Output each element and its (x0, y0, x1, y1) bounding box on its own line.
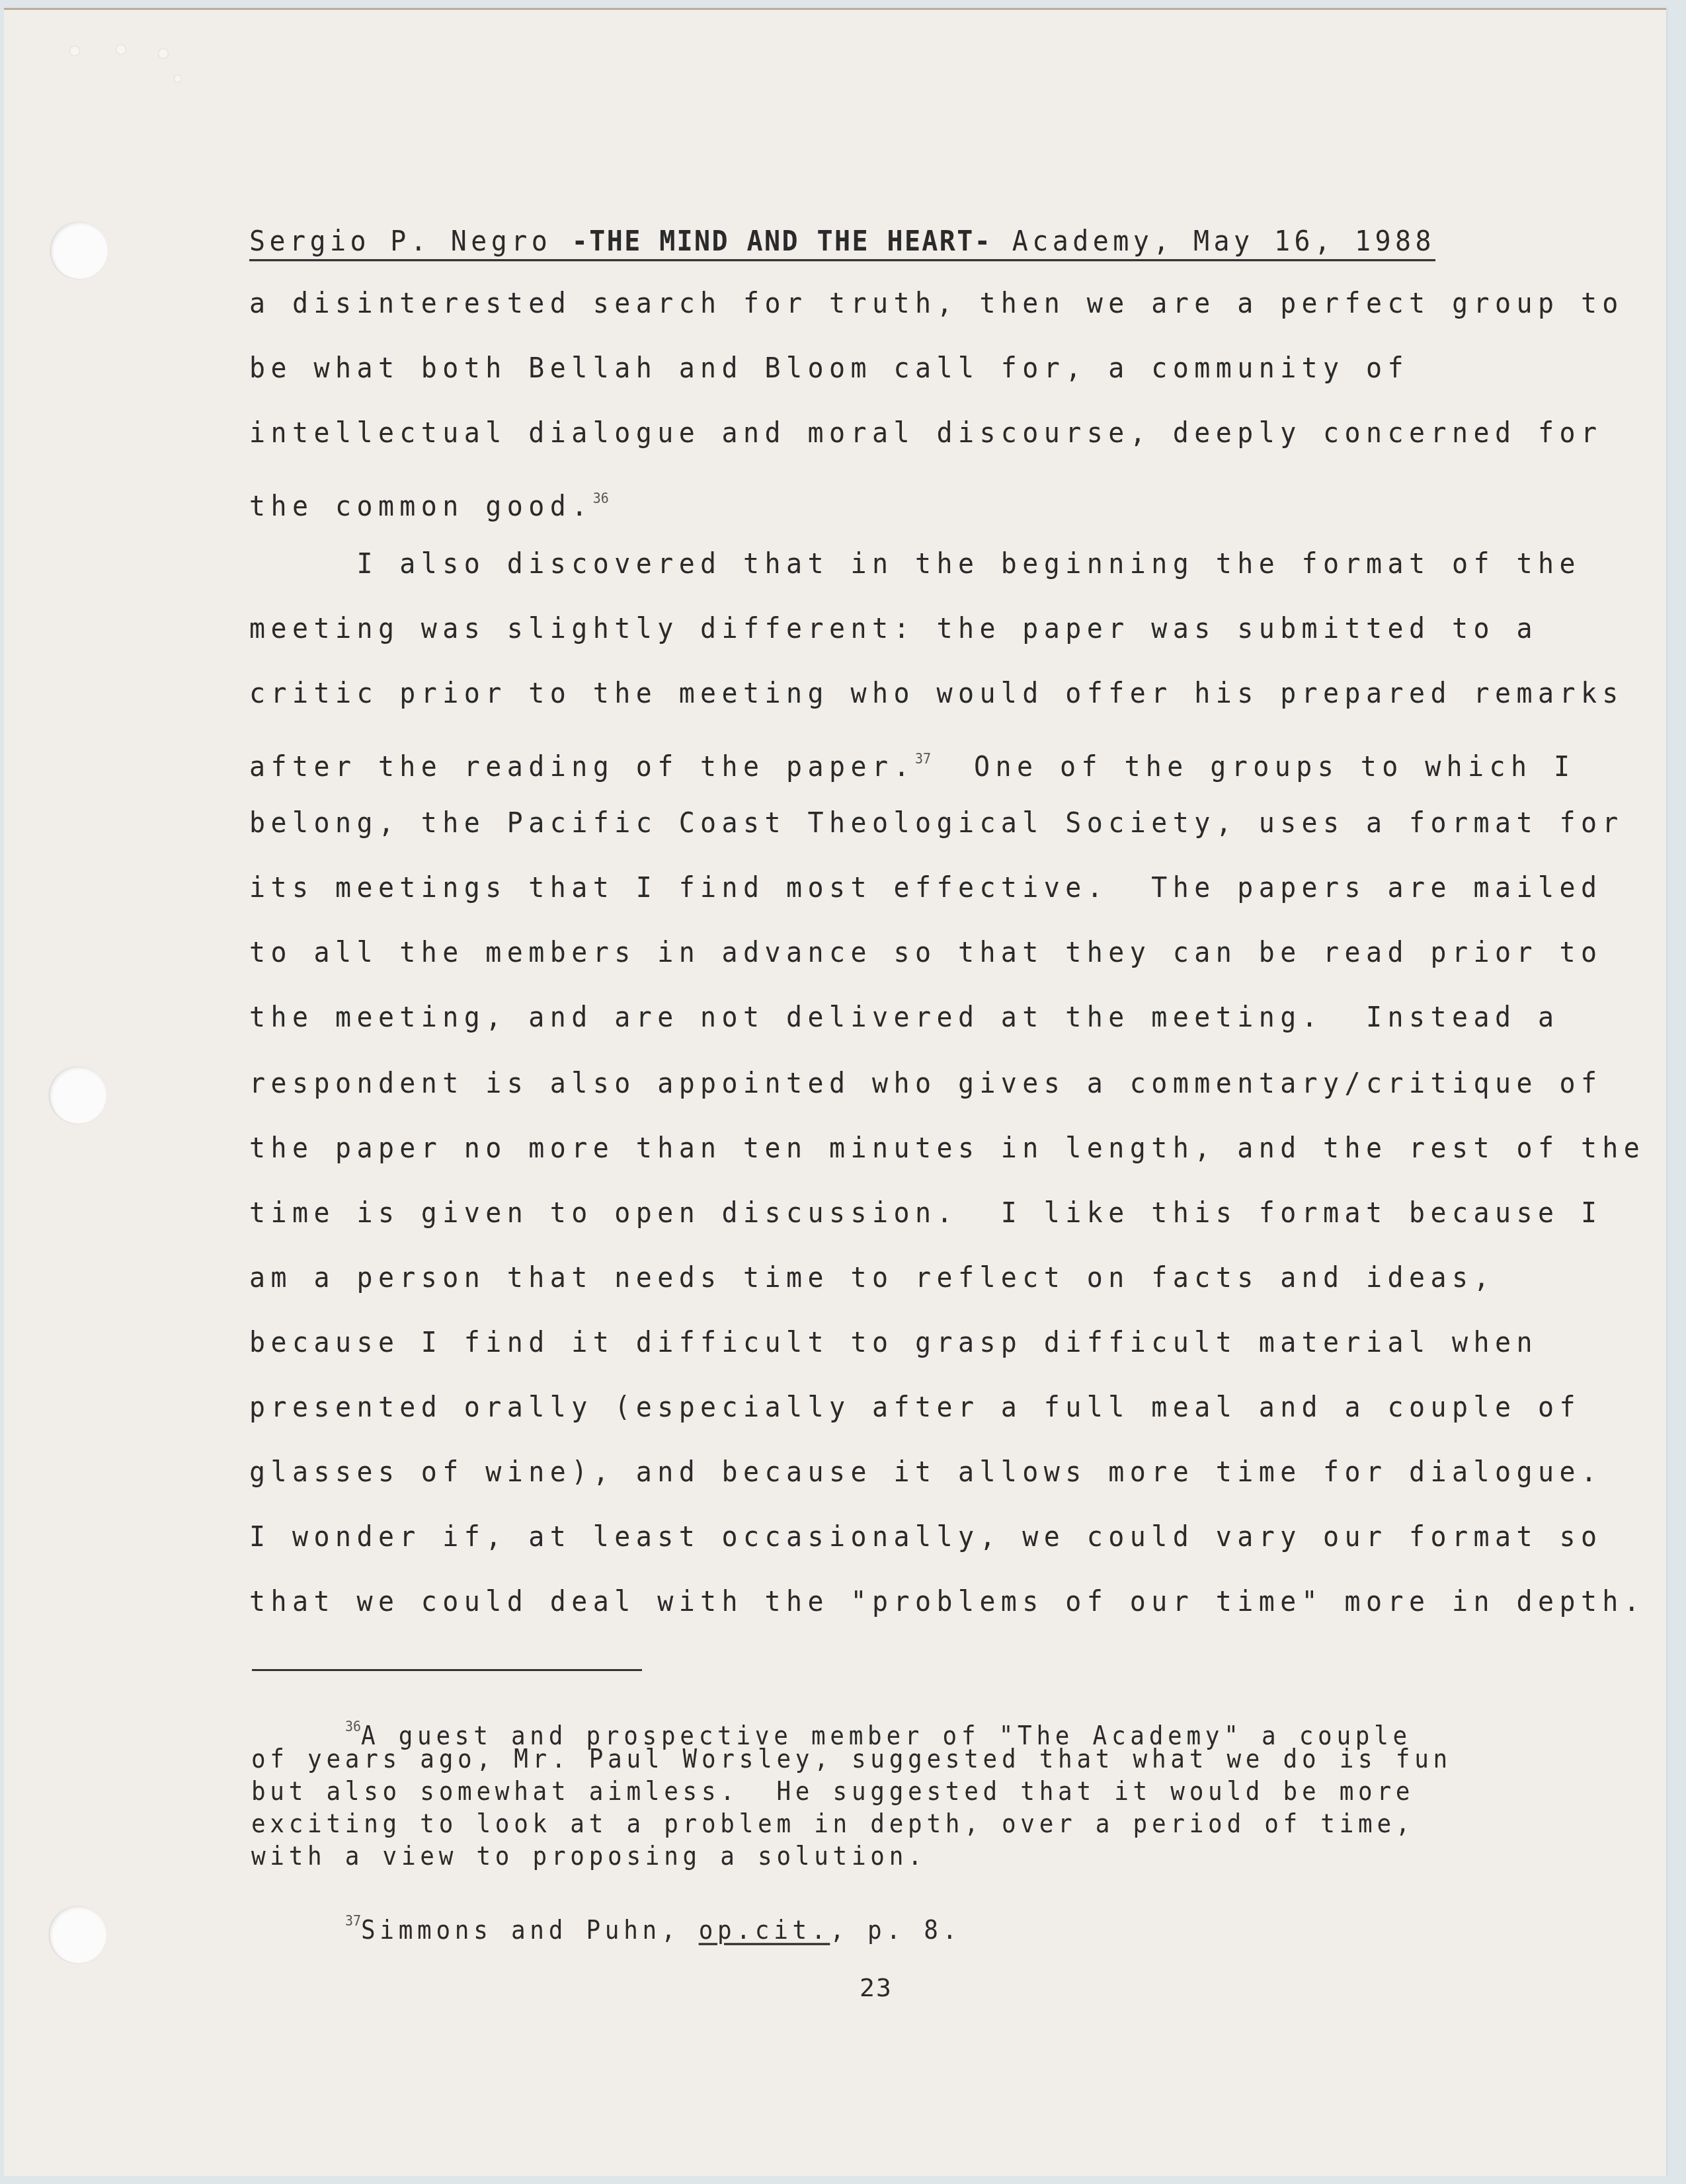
header-venue-date: Academy, May 16, 1988 (992, 225, 1435, 258)
body-line: time is given to open discussion. I like… (249, 1195, 1602, 1231)
body-line: its meetings that I find most effective.… (249, 870, 1602, 906)
footnote-ref-36: 36 (593, 489, 609, 506)
body-line: after the reading of the paper.37 One of… (249, 740, 1576, 785)
body-line: critic prior to the meeting who would of… (249, 676, 1624, 711)
binder-hole-bottom (50, 1906, 106, 1963)
body-line: presented orally (especially after a ful… (249, 1389, 1581, 1425)
header-title: -THE MIND AND THE HEART- (572, 225, 992, 258)
body-line: the meeting, and are not delivered at th… (249, 999, 1559, 1035)
body-line: be what both Bellah and Bloom call for, … (249, 350, 1409, 386)
footnote-number: 37 (345, 1912, 361, 1930)
body-text: One of the groups to which I (931, 750, 1575, 783)
staple-mark (116, 45, 126, 54)
footnote-line: with a view to proposing a solution. (251, 1839, 926, 1874)
body-line: belong, the Pacific Coast Theological So… (249, 805, 1624, 841)
body-text: after the reading of the paper. (249, 750, 915, 783)
binder-hole-middle (50, 1067, 106, 1124)
body-line: to all the members in advance so that th… (249, 935, 1602, 970)
staple-mark (159, 49, 168, 58)
footnote-text: , p. 8. (830, 1916, 961, 1945)
body-line: respondent is also appointed who gives a… (249, 1066, 1602, 1101)
body-line: intellectual dialogue and moral discours… (249, 415, 1602, 451)
body-line: that we could deal with the "problems of… (249, 1584, 1645, 1619)
staple-mark (175, 75, 181, 82)
body-line: a disinterested search for truth, then w… (249, 286, 1624, 321)
running-header: Sergio P. Negro -THE MIND AND THE HEART-… (249, 223, 1435, 261)
body-line: meeting was slightly different: the pape… (249, 611, 1538, 646)
page-number: 23 (860, 1973, 893, 2002)
body-line: I also discovered that in the beginning … (249, 546, 1581, 582)
footnote-separator (252, 1669, 642, 1671)
footnote-37: 37Simmons and Puhn, op.cit., p. 8. (251, 1904, 961, 1948)
body-line: because I find it difficult to grasp dif… (249, 1325, 1538, 1360)
footnote-citation-underlined: op.cit. (699, 1916, 830, 1945)
body-line: the paper no more than ten minutes in le… (249, 1130, 1645, 1166)
body-line: the common good.36 (249, 480, 609, 524)
body-line: am a person that needs time to reflect o… (249, 1260, 1495, 1296)
footnote-number: 36 (345, 1718, 361, 1735)
footnote-ref-37: 37 (915, 750, 931, 767)
footnote-line: but also somewhat aimless. He suggested … (251, 1774, 1414, 1809)
body-line: glasses of wine), and because it allows … (249, 1454, 1602, 1490)
footnote-line: of years ago, Mr. Paul Worsley, suggeste… (251, 1742, 1452, 1777)
body-line: I wonder if, at least occasionally, we c… (249, 1519, 1602, 1555)
body-text: the common good. (249, 490, 593, 523)
footnote-text: Simmons and Puhn, (361, 1916, 699, 1945)
binder-hole-top (51, 222, 108, 279)
footnote-line: exciting to look at a problem in depth, … (251, 1807, 1414, 1842)
staple-mark (70, 46, 79, 56)
header-author: Sergio P. Negro (249, 225, 572, 258)
